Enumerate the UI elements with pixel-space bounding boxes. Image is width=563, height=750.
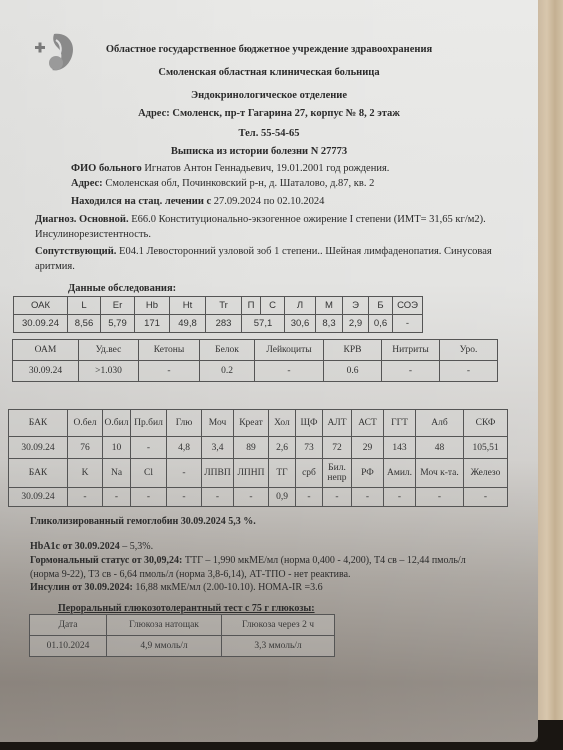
exam-heading: Данные обследования: (68, 283, 176, 294)
main-diagnosis-line: Диагноз. Основной. E66.0 Конституциональ… (35, 214, 486, 225)
ogtt-header-row: ДатаГлюкоза натощакГлюкоза через 2 ч (30, 615, 335, 636)
oam-header-row: ОАМУд.весКетоныБелокЛейкоцитыКРВНитритыУ… (13, 340, 498, 361)
ogtt-table: ДатаГлюкоза натощакГлюкоза через 2 ч 01.… (29, 614, 335, 657)
wooden-table-background (536, 0, 563, 720)
insulin-line: Инсулин от 30.09.2024: 16,88 мкМЕ/мл (2.… (30, 582, 323, 593)
oak-header-row: ОАКLErHbHtTrПСЛМЭБСОЭ (14, 297, 423, 315)
main-diagnosis: E66.0 Конституционально-экзогенное ожире… (129, 214, 486, 225)
hospital-name: Смоленская областная клиническая больниц… (0, 67, 538, 78)
glycated-hemoglobin-line: Гликолизированный гемоглобин 30.09.2024 … (30, 516, 256, 527)
document-title: Выписка из истории болезни N 27773 (0, 146, 528, 157)
bak-header-row-1: БАКО.белО.билПр.билГлюМочКреатХолЩФАЛТАС… (9, 410, 508, 437)
oam-value-row: 30.09.24>1.030-0.2-0.6-- (13, 361, 498, 382)
concomitant-diagnosis-cont: аритмия. (35, 261, 75, 272)
stay-dates: 27.09.2024 по 02.10.2024 (211, 196, 324, 207)
hormonal-status-cont: (норма 9-22), Т3 св - 6,64 пмоль/л (норм… (30, 569, 351, 580)
concomitant-diagnosis-line: Сопутствующий. E04.1 Левосторонний узлов… (35, 246, 492, 257)
ogtt-value-row: 01.10.20244,9 ммоль/л3,3 ммоль/л (30, 636, 335, 657)
bak-value-row-1: 30.09.247610-4,83,4892,673722914348105,5… (9, 437, 508, 459)
bak-header-row-2: БАКKNaCl-ЛПВПЛПНПТГсрбБил. непрРФАмил.Мо… (9, 459, 508, 488)
concomitant-diagnosis: E04.1 Левосторонний узловой зоб 1 степен… (116, 246, 491, 257)
hospital-address: Адрес: Смоленск, пр-т Гагарина 27, корпу… (0, 108, 538, 119)
oam-table: ОАМУд.весКетоныБелокЛейкоцитыКРВНитритыУ… (12, 339, 498, 382)
bak-value-row-2: 30.09.24------0,9------ (9, 488, 508, 507)
ogtt-heading: Пероральный глюкозотолерантный тест с 75… (58, 603, 315, 614)
hospital-phone: Тел. 55-54-65 (0, 128, 538, 139)
oak-table: ОАКLErHbHtTrПСЛМЭБСОЭ 30.09.248,565,7917… (13, 296, 423, 333)
department-name: Эндокринологическое отделение (0, 90, 538, 101)
org-name: Областное государственное бюджетное учре… (0, 44, 538, 55)
patient-address-line: Адрес: Смоленская обл, Починковский р-н,… (71, 178, 374, 189)
hormonal-status-line: Гормональный статус от 30,09,24: ТТГ – 1… (30, 555, 466, 566)
patient-address: Смоленская обл, Починковский р-н, д. Шат… (103, 178, 375, 189)
stay-dates-line: Находился на стац. лечении с 27.09.2024 … (71, 196, 324, 207)
main-diagnosis-cont: Инсулинорезистентность. (35, 229, 151, 240)
patient-name: Игнатов Антон Геннадьевич, 19.01.2001 го… (142, 163, 390, 174)
hba1c-line: HbA1c от 30.09.2024 – 5,3%. (30, 541, 153, 552)
patient-name-line: ФИО больного Игнатов Антон Геннадьевич, … (71, 163, 389, 174)
bak-table: БАКО.белО.билПр.билГлюМочКреатХолЩФАЛТАС… (8, 409, 508, 507)
oak-value-row: 30.09.248,565,7917149,828357,130,68,32,9… (14, 315, 423, 333)
